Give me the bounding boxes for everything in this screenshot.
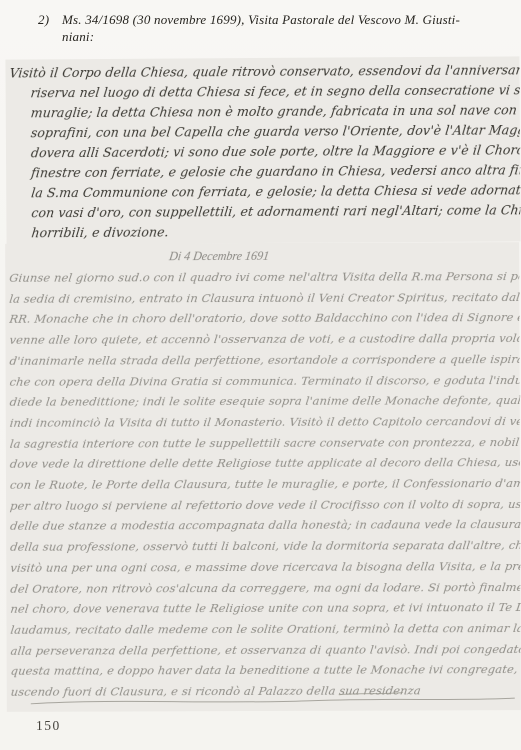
manuscript-line: alla perseveranza della perfettione, et …: [9, 639, 521, 661]
manuscript-line: laudamus, recitato dalle medeme con le s…: [9, 618, 521, 640]
manuscript-line: la sagrestia interiore con tutte le supp…: [9, 432, 521, 454]
caption-item-number: 2): [38, 12, 62, 29]
manuscript-line: nel choro, dove venerava tutte le Religi…: [9, 597, 521, 619]
caption-line-1: 2) Ms. 34/1698 (30 novembre 1699), Visit…: [38, 12, 510, 29]
manuscript-line: venne alle loro quiete, et accennò l'oss…: [8, 328, 520, 350]
manuscript-block-2: Di 4 Decembre 1691 Giunse nel giorno sud…: [5, 242, 521, 712]
manuscript-line: della sua professione, osservò tutti li …: [9, 535, 521, 557]
page-number: 150: [36, 718, 61, 734]
caption: 2) Ms. 34/1698 (30 novembre 1699), Visit…: [38, 12, 510, 45]
manuscript-line: visitò una per una ogni cosa, e massime …: [9, 556, 521, 578]
manuscript-date-line: Di 4 Decembre 1691: [168, 244, 521, 267]
manuscript-line: indi incominciò la Visita di tutto il Mo…: [9, 411, 521, 433]
caption-text: Ms. 34/1698 (30 novembre 1699), Visita P…: [62, 12, 510, 29]
manuscript-line: horribili, e divozione.: [9, 220, 521, 243]
scanned-book-page: 2) Ms. 34/1698 (30 novembre 1699), Visit…: [0, 0, 521, 750]
manuscript-line: dove vede la direttione delle dette Reli…: [9, 452, 521, 474]
caption-line-2: niani:: [62, 29, 510, 46]
manuscript-line: per altro luogo si perviene al refettori…: [9, 494, 521, 516]
manuscript-line: RR. Monache che in choro dell'oratorio, …: [8, 308, 520, 330]
manuscript-line: d'inanimarle nella strada della perfetti…: [8, 349, 520, 371]
manuscript-line: diede la benedittione; indi le solite es…: [9, 390, 521, 412]
manuscript-line: delle due stanze a modestia accompagnata…: [9, 515, 521, 537]
manuscript-line: del Oratore, non ritrovò cos'alcuna da c…: [9, 577, 521, 599]
manuscript-block-1: Visitò il Corpo della Chiesa, quale ritr…: [5, 56, 520, 244]
manuscript-line: uscendo fuori di Clausura, e si ricondò …: [10, 680, 521, 702]
manuscript-line: che con opera della Divina Gratia si com…: [8, 370, 520, 392]
manuscript-line: la sedia di cremisino, entrato in Clausu…: [8, 287, 520, 309]
manuscript-line: con le Ruote, le Porte della Clausura, t…: [9, 473, 521, 495]
manuscript-line: questa mattina, e doppo haver data la be…: [9, 659, 521, 681]
manuscript-line: Giunse nel giorno sud.o con il quadro iv…: [8, 266, 520, 288]
